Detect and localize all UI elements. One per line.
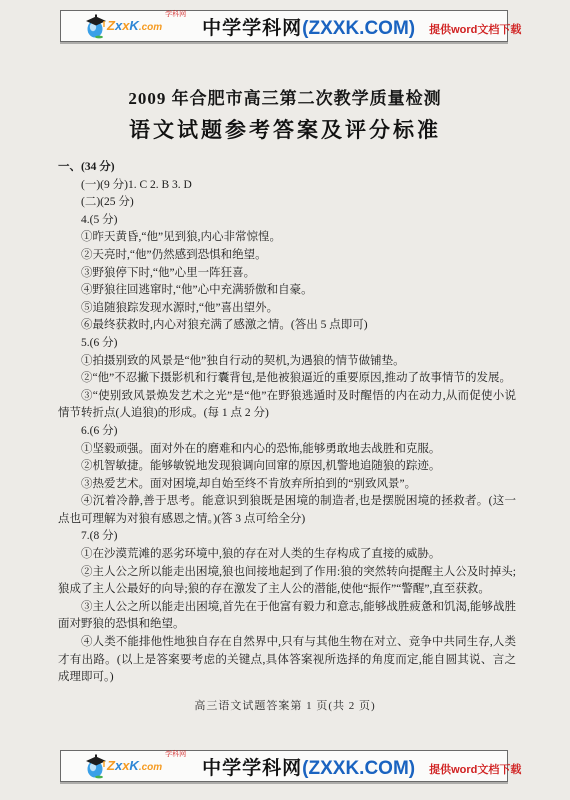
answer-line: 6.(6 分) <box>58 423 516 441</box>
zxxk-logo: ZxxK.com 学科网 <box>85 753 162 779</box>
answer-line: 7.(8 分) <box>58 528 516 546</box>
zxxk-mascot-icon <box>85 13 107 39</box>
zxxk-banner-top: ZxxK.com 学科网 中学学科网(ZXXK.COM) 提供word文档下载 <box>60 10 508 42</box>
answer-line: ③主人公之所以能走出困境,首先在于他富有毅力和意志,能够战胜疲惫和饥渴,能够战胜… <box>58 599 516 634</box>
zxxk-logo-text: ZxxK.com <box>107 19 162 33</box>
answer-line: ①坚毅顽强。面对外在的磨难和内心的恐怖,能够勇敢地去战胜和克服。 <box>58 441 516 459</box>
zxxk-banner-bottom: ZxxK.com 学科网 中学学科网(ZXXK.COM) 提供word文档下载 <box>60 750 508 782</box>
word-download-note: 提供word文档下载 <box>429 755 521 777</box>
answer-line: 一、(34 分) <box>58 159 516 177</box>
answer-line: ②机智敏捷。能够敏锐地发现狼调向回窜的原因,机警地追随狼的踪迹。 <box>58 458 516 476</box>
answer-line: 4.(5 分) <box>58 212 516 230</box>
zxxk-logo-tagline: 学科网 <box>165 11 186 18</box>
answer-line: ③热爱艺术。面对困境,却自始至终不肯放弃所拍到的“别致风景”。 <box>58 476 516 494</box>
answer-line: (一)(9 分)1. C 2. B 3. D <box>58 177 516 195</box>
answer-line: ⑥最终获救时,内心对狼充满了感激之情。(答出 5 点即可) <box>58 317 516 335</box>
zxxk-logo-text: ZxxK.com <box>107 759 162 773</box>
answer-line: ②主人公之所以能走出困境,狼也间接地起到了作用:狼的突然转向提醒主人公及时掉头;… <box>58 564 516 599</box>
answer-line: (二)(25 分) <box>58 194 516 212</box>
answer-line: ④野狼往回逃窜时,“他”心中充满骄傲和自豪。 <box>58 282 516 300</box>
scanned-page: ZxxK.com 学科网 中学学科网(ZXXK.COM) 提供word文档下载 … <box>0 0 570 800</box>
answer-line: ①昨天黄昏,“他”见到狼,内心非常惊惶。 <box>58 229 516 247</box>
answer-line: ③野狼停下时,“他”心里一阵狂喜。 <box>58 265 516 283</box>
answers-body: 一、(34 分)(一)(9 分)1. C 2. B 3. D(二)(25 分)4… <box>58 159 516 687</box>
answer-line: ③“使别致风景焕发艺术之光”是“他”在野狼逃遁时及时醒悟的内在动力,从而促使小说… <box>58 388 516 423</box>
zxxk-logo: ZxxK.com 学科网 <box>85 13 162 39</box>
word-download-note: 提供word文档下载 <box>429 15 521 37</box>
site-title: 中学学科网(ZXXK.COM) <box>202 13 415 40</box>
answer-line: ①拍摄别致的风景是“他”独自行动的契机,为遇狼的情节做铺垫。 <box>58 353 516 371</box>
zxxk-logo-tagline: 学科网 <box>165 751 186 758</box>
doc-subtitle: 语文试题参考答案及评分标准 <box>0 114 570 144</box>
page-number-label: 高三语文试题答案第 1 页(共 2 页) <box>0 697 570 713</box>
answer-line: ②“他”不忍撇下摄影机和行囊背包,是他被狼逼近的重要原因,推动了故事情节的发展。 <box>58 370 516 388</box>
zxxk-mascot-icon <box>85 753 107 779</box>
answer-line: ④人类不能排他性地独自存在自然界中,只有与其他生物在对立、竞争中共同生存,人类才… <box>58 634 516 687</box>
answer-line: ①在沙漠荒滩的恶劣环境中,狼的存在对人类的生存构成了直接的威胁。 <box>58 546 516 564</box>
answer-line: ②天亮时,“他”仍然感到恐惧和绝望。 <box>58 247 516 265</box>
site-title: 中学学科网(ZXXK.COM) <box>202 753 415 780</box>
answer-line: ⑤追随狼踪发现水源时,“他”喜出望外。 <box>58 300 516 318</box>
answer-line: ④沉着冷静,善于思考。能意识到狼既是困境的制造者,也是摆脱困境的拯救者。(这一点… <box>58 493 516 528</box>
doc-title: 2009 年合肥市高三第二次教学质量检测 <box>0 84 570 109</box>
answer-line: 5.(6 分) <box>58 335 516 353</box>
